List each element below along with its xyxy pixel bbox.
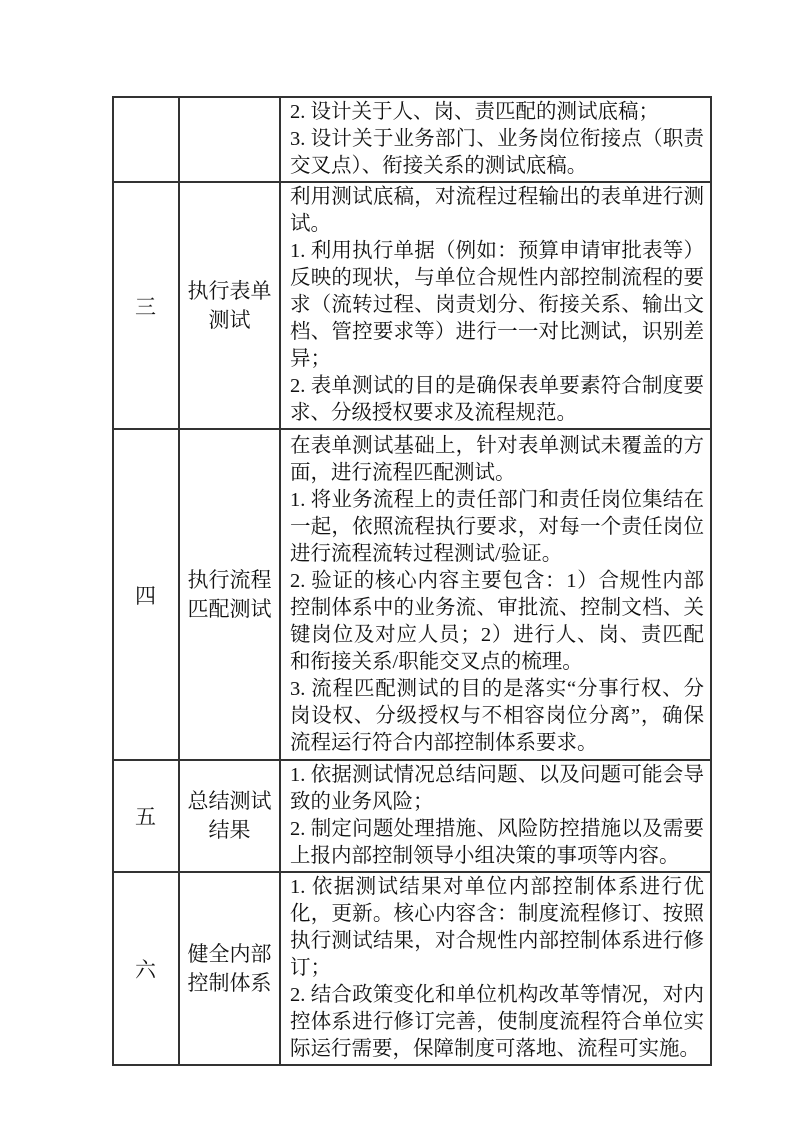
row-title-line: 执行表单 [182,277,277,306]
detail-paragraph: 1. 利用执行单据（例如：预算申请审批表等）反映的现状，与单位合规性内部控制流程… [290,238,704,373]
table-row: 六 健全内部 控制体系 1. 依据测试结果对单位内部控制体系进行优化，更新。核心… [113,872,711,1065]
row-number: 四 [135,584,157,608]
row-title-line: 控制体系 [182,969,277,998]
row-title-cell: 执行表单 测试 [179,182,280,429]
row-title-line: 总结测试 [182,787,277,816]
detail-paragraph: 2. 结合政策变化和单位机构改革等情况，对内控体系进行修订完善，使制度流程符合单… [290,982,704,1063]
row-number: 五 [135,805,157,829]
row-number-cell: 三 [113,182,179,429]
row-title-line: 执行流程 [182,566,277,595]
row-title-line: 匹配测试 [182,595,277,624]
row-detail-cell: 2. 设计关于人、岗、责匹配的测试底稿； 3. 设计关于业务部门、业务岗位衔接点… [280,97,711,182]
detail-paragraph: 3. 流程匹配测试的目的是落实“分事行权、分岗设权、分级授权与不相容岗位分离”，… [290,676,704,757]
row-title-line: 健全内部 [182,940,277,969]
detail-paragraph: 2. 制定问题处理措施、风险防控措施以及需要上报内部控制领导小组决策的事项等内容… [290,816,704,870]
row-detail-cell: 1. 依据测试情况总结问题、以及问题可能会导致的业务风险； 2. 制定问题处理措… [280,760,711,872]
row-title-cell: 执行流程 匹配测试 [179,429,280,760]
row-detail-cell: 利用测试底稿，对流程过程输出的表单进行测试。 1. 利用执行单据（例如：预算申请… [280,182,711,429]
row-detail-cell: 在表单测试基础上，针对表单测试未覆盖的方面，进行流程匹配测试。 1. 将业务流程… [280,429,711,760]
row-detail-cell: 1. 依据测试结果对单位内部控制体系进行优化，更新。核心内容含：制度流程修订、按… [280,872,711,1065]
detail-paragraph: 2. 表单测试的目的是确保表单要素符合制度要求、分级授权要求及流程规范。 [290,373,704,427]
row-title-cell: 健全内部 控制体系 [179,872,280,1065]
row-number: 六 [135,958,157,982]
detail-paragraph: 3. 设计关于业务部门、业务岗位衔接点（职责交叉点）、衔接关系的测试底稿。 [290,126,704,180]
table-row: 2. 设计关于人、岗、责匹配的测试底稿； 3. 设计关于业务部门、业务岗位衔接点… [113,97,711,182]
detail-paragraph: 2. 验证的核心内容主要包含：1）合规性内部控制体系中的业务流、审批流、控制文档… [290,568,704,676]
row-number: 三 [135,295,157,319]
procedure-table: 2. 设计关于人、岗、责匹配的测试底稿； 3. 设计关于业务部门、业务岗位衔接点… [112,96,712,1066]
row-number-cell [113,97,179,182]
row-title-line: 测试 [182,306,277,335]
row-title-cell: 总结测试 结果 [179,760,280,872]
detail-paragraph: 2. 设计关于人、岗、责匹配的测试底稿； [290,99,704,126]
detail-paragraph: 1. 依据测试结果对单位内部控制体系进行优化，更新。核心内容含：制度流程修订、按… [290,874,704,982]
detail-paragraph: 1. 将业务流程上的责任部门和责任岗位集结在一起，依照流程执行要求，对每一个责任… [290,487,704,568]
table-row: 三 执行表单 测试 利用测试底稿，对流程过程输出的表单进行测试。 1. 利用执行… [113,182,711,429]
table-row: 四 执行流程 匹配测试 在表单测试基础上，针对表单测试未覆盖的方面，进行流程匹配… [113,429,711,760]
row-number-cell: 四 [113,429,179,760]
row-title-cell [179,97,280,182]
row-number-cell: 六 [113,872,179,1065]
row-title-line: 结果 [182,816,277,845]
row-number-cell: 五 [113,760,179,872]
table-row: 五 总结测试 结果 1. 依据测试情况总结问题、以及问题可能会导致的业务风险； … [113,760,711,872]
document-page: 2. 设计关于人、岗、责匹配的测试底稿； 3. 设计关于业务部门、业务岗位衔接点… [0,0,793,1122]
detail-paragraph: 在表单测试基础上，针对表单测试未覆盖的方面，进行流程匹配测试。 [290,433,704,487]
detail-paragraph: 利用测试底稿，对流程过程输出的表单进行测试。 [290,184,704,238]
detail-paragraph: 1. 依据测试情况总结问题、以及问题可能会导致的业务风险； [290,762,704,816]
